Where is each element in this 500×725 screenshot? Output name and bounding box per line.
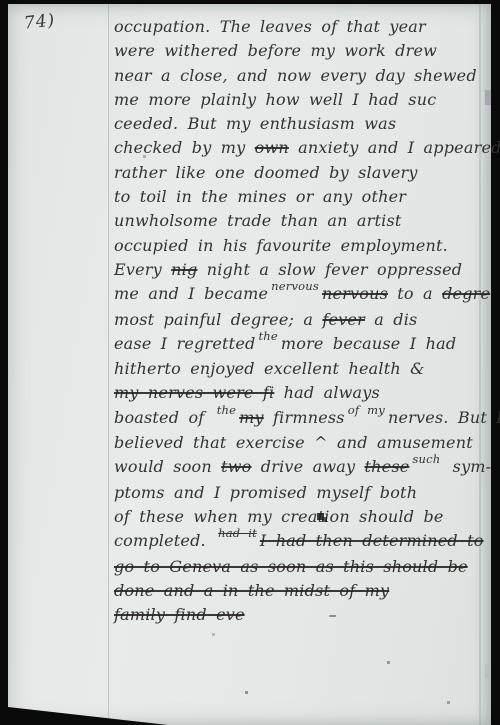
- handwritten-text: occupied in his favourite employment.: [114, 236, 448, 255]
- deleted-text: own: [255, 138, 289, 157]
- inserted-text: the: [258, 329, 277, 343]
- handwritten-text: occupation. The leaves of that year: [114, 17, 426, 36]
- deleted-text: had it: [218, 526, 257, 540]
- page-edge-tab: [485, 664, 491, 679]
- handwritten-text: believed that exercise ^ and amusement: [114, 433, 473, 452]
- page-bottom-edge-shadow: [8, 705, 168, 725]
- handwritten-text-block: occupation. The leaves of that yearwere …: [114, 15, 486, 627]
- handwritten-text: to toil in the mines or any other: [114, 187, 406, 206]
- deleted-text: family find eve: [114, 605, 245, 624]
- manuscript-line: would soon two drive away thesesuch sym-: [114, 455, 486, 480]
- deleted-text: done and a in the midst of my: [114, 581, 389, 600]
- handwritten-text: checked by my: [114, 138, 255, 157]
- manuscript-line: me more plainly how well I had suc: [114, 88, 486, 112]
- handwritten-text: ptoms and I promised myself both: [114, 483, 417, 502]
- handwritten-text: boasted of: [114, 408, 214, 427]
- manuscript-line: to toil in the mines or any other: [114, 185, 486, 209]
- handwritten-text: would soon: [114, 457, 221, 476]
- deleted-text: go to Geneva as soon as this should be: [114, 557, 468, 576]
- manuscript-line: rather like one doomed by slavery: [114, 161, 486, 185]
- inserted-text: of my: [348, 403, 385, 417]
- handwritten-text: most painful degree; a: [114, 310, 322, 329]
- handwritten-text: completed.: [114, 531, 215, 550]
- manuscript-page: 74) occupation. The leaves of that yearw…: [8, 4, 491, 725]
- handwritten-text: sym-: [443, 457, 491, 476]
- manuscript-line: completed. had itI had then determined t…: [114, 529, 486, 554]
- deleted-text: two: [221, 457, 251, 476]
- manuscript-line: unwholsome trade than an artist: [114, 209, 486, 233]
- manuscript-line: most painful degree; a fever a dis: [114, 308, 486, 332]
- deleted-text: these: [365, 457, 410, 476]
- manuscript-line: done and a in the midst of my: [114, 579, 486, 603]
- manuscript-line: go to Geneva as soon as this should be: [114, 555, 486, 579]
- handwritten-text: –: [329, 605, 337, 624]
- inserted-text: such: [412, 452, 440, 466]
- deleted-text: nig: [171, 260, 197, 279]
- ink-speck: [8, 4, 9, 5]
- handwritten-text: a dis: [365, 310, 417, 329]
- photograph-background: 74) occupation. The leaves of that yearw…: [0, 0, 500, 725]
- handwritten-text: had always: [274, 383, 380, 402]
- inserted-text: nervous: [271, 279, 319, 293]
- margin-rule-line: [108, 4, 109, 725]
- manuscript-line: ease I regrettedthemore because I had: [114, 332, 486, 357]
- deleted-text: my nerves were fi: [114, 383, 274, 402]
- handwritten-text: drive away: [252, 457, 365, 476]
- handwritten-text: of these when my creation should be: [114, 507, 444, 526]
- page-number: 74): [23, 10, 56, 33]
- manuscript-line: were withered before my work drew: [114, 39, 486, 63]
- deleted-text: my: [239, 408, 264, 427]
- manuscript-line: occupation. The leaves of that year: [114, 15, 486, 39]
- handwritten-text: firmness: [264, 408, 345, 427]
- manuscript-line: me and I becamenervousnervous to a degre: [114, 282, 486, 307]
- handwritten-text: were withered before my work drew: [114, 41, 437, 60]
- manuscript-line: near a close, and now every day shewed: [114, 64, 486, 88]
- handwritten-text: rather like one doomed by slavery: [114, 163, 418, 182]
- handwritten-text: more because I had: [281, 334, 456, 353]
- handwritten-text: me more plainly how well I had suc: [114, 90, 436, 109]
- manuscript-line: hitherto enjoyed excellent health &: [114, 357, 486, 381]
- manuscript-line: occupied in his favourite employment.: [114, 234, 486, 258]
- handwritten-text: hitherto enjoyed excellent health &: [114, 359, 425, 378]
- handwritten-text: nerves. But I: [388, 408, 500, 427]
- manuscript-line: boasted of themy firmnessof mynerves. Bu…: [114, 406, 486, 431]
- handwritten-text: night a slow fever oppressed: [197, 260, 462, 279]
- deleted-text: fever: [322, 310, 365, 329]
- handwritten-text: unwholsome trade than an artist: [114, 211, 402, 230]
- manuscript-line: of these when my creation should be: [114, 505, 486, 529]
- deleted-text: degre: [442, 284, 490, 303]
- manuscript-line: checked by my own anxiety and I appeared: [114, 136, 486, 160]
- ink-specks: [8, 4, 10, 6]
- handwritten-text: ceeded. But my enthusiasm was: [114, 114, 396, 133]
- deleted-text: I had then determined to: [260, 531, 484, 550]
- handwritten-text: anxiety and I appeared: [289, 138, 500, 157]
- handwritten-text: me and I became: [114, 284, 268, 303]
- handwritten-text: ease I regretted: [114, 334, 255, 353]
- inserted-text: the: [217, 403, 236, 417]
- handwritten-text: to a: [388, 284, 442, 303]
- manuscript-line: my nerves were fi had always: [114, 381, 486, 405]
- manuscript-line: family find eve–: [114, 603, 486, 627]
- handwritten-text: near a close, and now every day shewed: [114, 66, 477, 85]
- handwritten-text: Every: [114, 260, 171, 279]
- manuscript-line: ceeded. But my enthusiasm was: [114, 112, 486, 136]
- manuscript-line: ptoms and I promised myself both: [114, 481, 486, 505]
- deleted-text: nervous: [322, 284, 388, 303]
